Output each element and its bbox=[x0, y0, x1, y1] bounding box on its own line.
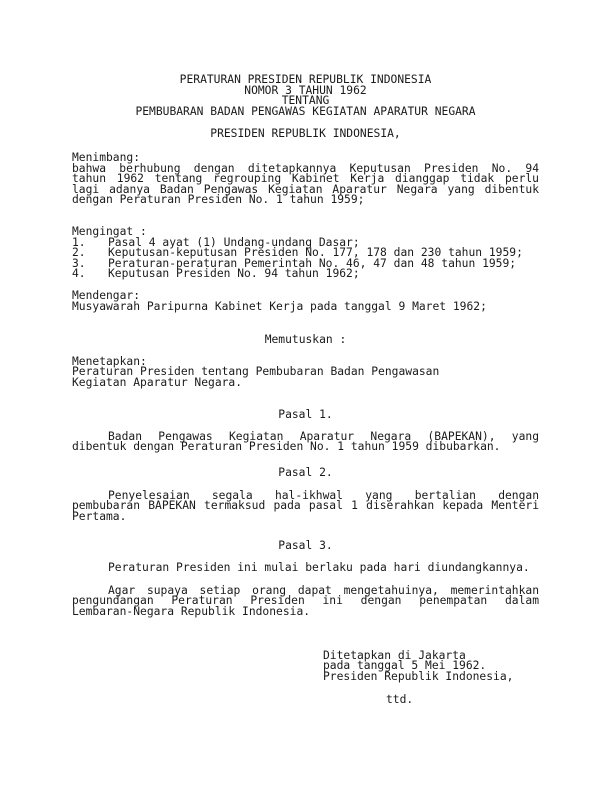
memutuskan-heading: Memutuskan : bbox=[72, 334, 539, 345]
closing-line: Lembaran-Negara Republik Indonesia. bbox=[72, 606, 310, 617]
mengingat-item-number: 4. bbox=[72, 268, 86, 279]
pasal-2-line: Pertama. bbox=[72, 511, 126, 522]
pasal-3-heading: Pasal 3. bbox=[72, 540, 539, 551]
document-page: PERATURAN PRESIDEN REPUBLIK INDONESIA NO… bbox=[0, 0, 612, 792]
mendengar-text: Musyawarah Paripurna Kabinet Kerja pada … bbox=[72, 301, 487, 312]
signature-mark: ttd. bbox=[386, 694, 413, 705]
menetapkan-line: Kegiatan Aparatur Negara. bbox=[72, 377, 242, 388]
pasal-1-line: dibentuk dengan Peraturan Presiden No. 1… bbox=[72, 441, 500, 452]
mengingat-item-text: Keputusan Presiden No. 94 tahun 1962; bbox=[108, 268, 360, 279]
menimbang-line: dengan Peraturan Presiden No. 1 tahun 19… bbox=[72, 194, 364, 205]
doc-title-subject: PEMBUBARAN BADAN PENGAWAS KEGIATAN APARA… bbox=[72, 106, 539, 117]
doc-issuer: PRESIDEN REPUBLIK INDONESIA, bbox=[72, 128, 539, 139]
pasal-2-line: pembubaran BAPEKAN termaksud pada pasal … bbox=[72, 500, 539, 511]
pasal-1-heading: Pasal 1. bbox=[72, 409, 539, 420]
pasal-2-heading: Pasal 2. bbox=[72, 467, 539, 478]
signature-title: Presiden Republik Indonesia, bbox=[323, 671, 513, 682]
pasal-3-line: Peraturan Presiden ini mulai berlaku pad… bbox=[108, 562, 530, 573]
